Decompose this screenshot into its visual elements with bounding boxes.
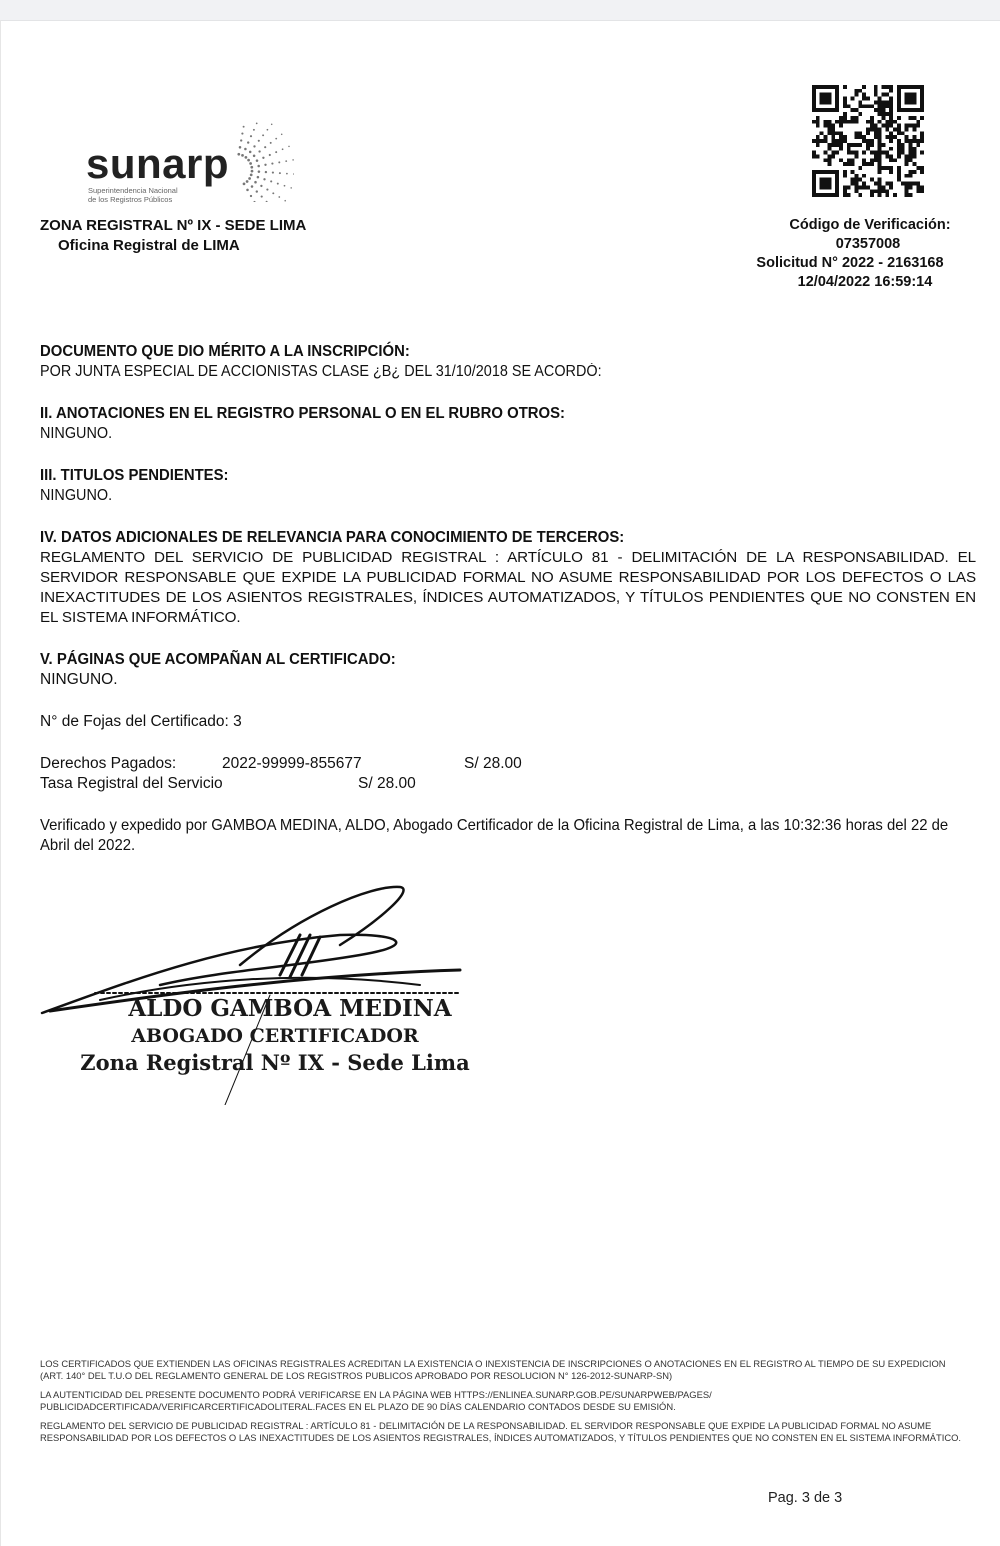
section-additional-data: IV. DATOS ADICIONALES DE RELEVANCIA PARA… — [40, 528, 976, 628]
section-pending-titles: III. TITULOS PENDIENTES: NINGUNO. — [40, 466, 976, 506]
footer-note-authenticity: LA AUTENTICIDAD DEL PRESENTE DOCUMENTO P… — [40, 1389, 962, 1412]
zone-title: ZONA REGISTRAL Nº IX - SEDE LIMA — [40, 216, 306, 236]
page-edge — [0, 20, 1, 1546]
section-title: II. ANOTACIONES EN EL REGISTRO PERSONAL … — [40, 404, 910, 424]
rights-amount: S/ 28.00 — [464, 754, 522, 774]
rights-label: Derechos Pagados: — [40, 754, 222, 774]
section-body: POR JUNTA ESPECIAL DE ACCIONISTAS CLASE … — [40, 362, 910, 382]
certifier-stamp: ALDO GAMBOA MEDINA ABOGADO CERTIFICADOR … — [40, 995, 480, 1077]
footer-note-validity: LOS CERTIFICADOS QUE EXTIENDEN LAS OFICI… — [40, 1358, 962, 1381]
logo-wordmark: sunarp — [86, 143, 229, 185]
verification-block: Código de Verificación: 07357008 Solicit… — [730, 216, 970, 292]
viewer-top-bar — [0, 0, 1000, 21]
page-number: Pag. 3 de 3 — [768, 1490, 842, 1506]
certifier-name: ALDO GAMBOA MEDINA — [40, 995, 480, 1023]
section-annotations: II. ANOTACIONES EN EL REGISTRO PERSONAL … — [40, 404, 976, 444]
verification-code: 07357008 — [730, 235, 970, 254]
sun-rays-icon — [224, 122, 294, 202]
section-title: III. TITULOS PENDIENTES: — [40, 466, 910, 486]
payments: Derechos Pagados: 2022-99999-855677 S/ 2… — [40, 754, 976, 794]
fee-label: Tasa Registral del Servicio — [40, 774, 358, 794]
rights-number: 2022-99999-855677 — [222, 754, 464, 774]
verification-statement: Verificado y expedido por GAMBOA MEDINA,… — [40, 816, 970, 856]
sunarp-logo: sunarp Superintendencia Nacional de los … — [86, 122, 286, 212]
logo-subtitle: Superintendencia Nacional de los Registr… — [88, 186, 178, 204]
rights-paid-row: Derechos Pagados: 2022-99999-855677 S/ 2… — [40, 754, 976, 774]
section-document-merit: DOCUMENTO QUE DIO MÉRITO A LA INSCRIPCIÓ… — [40, 342, 976, 382]
request-datetime: 12/04/2022 16:59:14 — [730, 273, 970, 292]
qr-code-icon — [810, 85, 926, 197]
legal-footer: LOS CERTIFICADOS QUE EXTIENDEN LAS OFICI… — [40, 1358, 962, 1451]
certifier-role: ABOGADO CERTIFICADOR — [40, 1023, 480, 1049]
logo-subtitle-line1: Superintendencia Nacional — [88, 186, 178, 195]
section-body: NINGUNO. — [40, 424, 910, 444]
verification-label: Código de Verificación: — [730, 216, 970, 235]
section-title: IV. DATOS ADICIONALES DE RELEVANCIA PARA… — [40, 528, 910, 548]
fee-row: Tasa Registral del Servicio S/ 28.00 — [40, 774, 976, 794]
certificate-body: DOCUMENTO QUE DIO MÉRITO A LA INSCRIPCIÓ… — [40, 342, 976, 856]
section-attached-pages: V. PÁGINAS QUE ACOMPAÑAN AL CERTIFICADO:… — [40, 650, 976, 690]
section-body: REGLAMENTO DEL SERVICIO DE PUBLICIDAD RE… — [40, 548, 976, 628]
registry-header: ZONA REGISTRAL Nº IX - SEDE LIMA Oficina… — [40, 216, 306, 256]
section-title: V. PÁGINAS QUE ACOMPAÑAN AL CERTIFICADO: — [40, 650, 910, 670]
office-title: Oficina Registral de LIMA — [40, 236, 306, 256]
section-title: DOCUMENTO QUE DIO MÉRITO A LA INSCRIPCIÓ… — [40, 342, 910, 362]
section-body: NINGUNO. — [40, 670, 976, 690]
fojas-count: N° de Fojas del Certificado: 3 — [40, 712, 976, 732]
certifier-zone: Zona Registral Nº IX - Sede Lima — [40, 1049, 480, 1077]
section-body: NINGUNO. — [40, 486, 910, 506]
fee-amount: S/ 28.00 — [358, 774, 416, 794]
footer-note-regulation: REGLAMENTO DEL SERVICIO DE PUBLICIDAD RE… — [40, 1420, 962, 1443]
logo-subtitle-line2: de los Registros Públicos — [88, 195, 178, 204]
request-number: Solicitud N° 2022 - 2163168 — [730, 254, 970, 273]
